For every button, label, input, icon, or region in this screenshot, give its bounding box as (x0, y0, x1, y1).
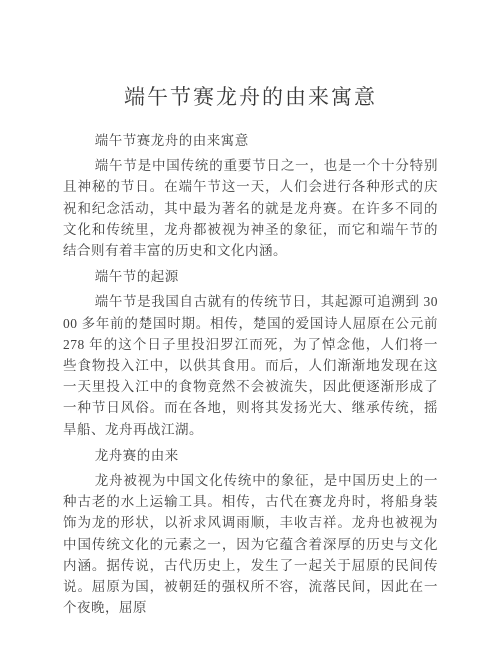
paragraph-origin: 端午节是我国自古就有的传统节日，其起源可追溯到 3000 多年前的楚国时期。相传… (63, 291, 438, 439)
paragraph-dragon-boat-race: 龙舟被视为中国文化传统中的象征，是中国历史上的一种古老的水上运输工具。相传，古代… (63, 470, 438, 618)
section-heading-dragon-boat-race: 龙舟赛的由来 (63, 445, 438, 466)
document-title: 端午节赛龙舟的由来寓意 (63, 84, 438, 111)
document-page: 端午节赛龙舟的由来寓意 端午节赛龙舟的由来寓意 端午节是中国传统的重要节日之一，… (0, 0, 500, 647)
paragraph-intro: 端午节是中国传统的重要节日之一，也是一个十分特别且神秘的节日。在端午节这一天，人… (63, 155, 438, 261)
section-heading-intro: 端午节赛龙舟的由来寓意 (63, 130, 438, 151)
section-heading-origin: 端午节的起源 (63, 266, 438, 287)
